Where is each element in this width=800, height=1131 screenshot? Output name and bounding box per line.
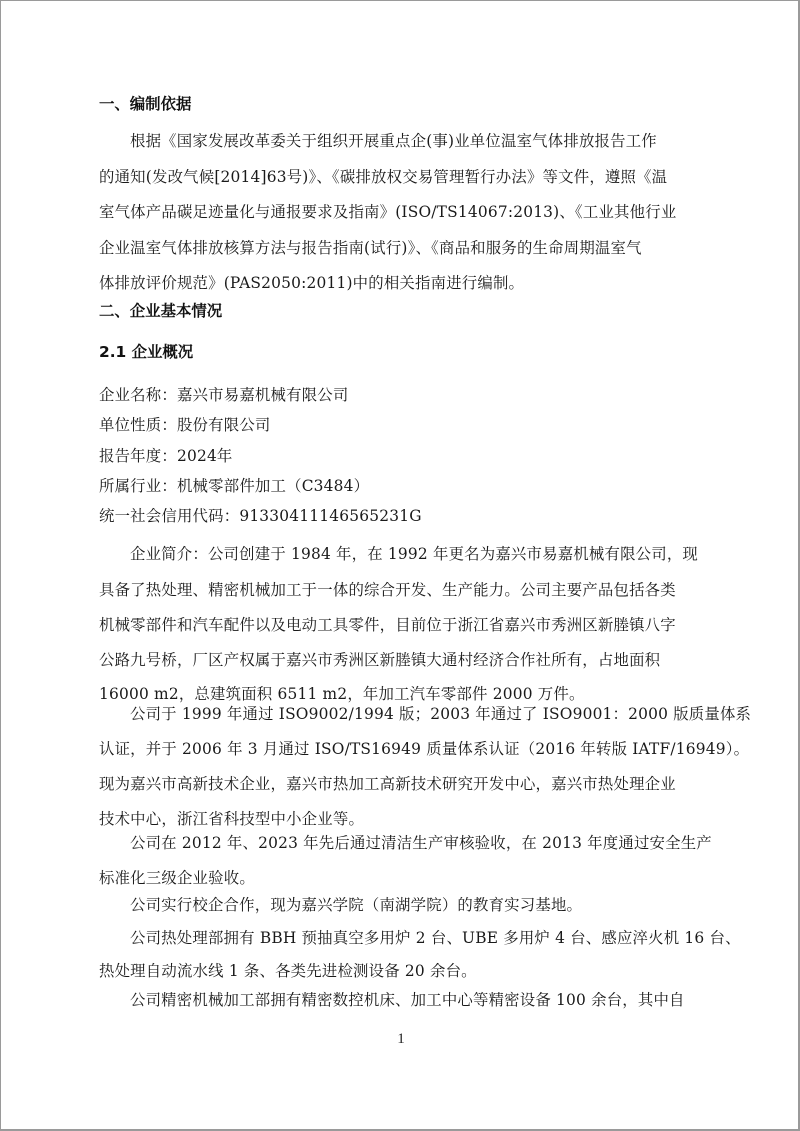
paragraph-line: 公司于 1999 年通过 ISO9002/1994 版；2003 年通过了 IS… [130, 702, 751, 724]
paragraph-line: 现为嘉兴市高新技术企业，嘉兴市热加工高新技术研究开发中心，嘉兴市热处理企业 [99, 772, 676, 794]
paragraph-line: 公司在 2012 年、2023 年先后通过清洁生产审核验收，在 2013 年度通… [130, 831, 712, 853]
paragraph-line: 公路九号桥，厂区产权属于嘉兴市秀洲区新塍镇大通村经济合作社所有，占地面积 [99, 648, 660, 670]
page-number: 1 [1, 1031, 800, 1048]
field-label: 报告年度： [99, 447, 177, 465]
field-value: 嘉兴市易嘉机械有限公司 [177, 386, 349, 404]
field-report-year: 报告年度：2024年 [99, 444, 233, 466]
paragraph-line: 技术中心，浙江省科技型中小企业等。 [99, 807, 364, 829]
paragraph-line: 室气体产品碳足迹量化与通报要求及指南》(ISO/TS14067:2013)、《工… [99, 200, 676, 222]
field-label: 企业名称： [99, 386, 177, 404]
paragraph-line: 公司热处理部拥有 BBH 预抽真空多用炉 2 台、UBE 多用炉 4 台、感应淬… [130, 926, 741, 948]
document-page: 一、编制依据 根据《国家发展改革委关于组织开展重点企(事)业单位温室气体排放报告… [0, 0, 800, 1131]
paragraph-line: 体排放评价规范》(PAS2050:2011)中的相关指南进行编制。 [99, 271, 524, 293]
paragraph-line: 企业简介：公司创建于 1984 年，在 1992 年更名为嘉兴市易嘉机械有限公司… [130, 542, 698, 564]
field-unit-nature: 单位性质：股份有限公司 [99, 413, 271, 435]
field-company-name: 企业名称：嘉兴市易嘉机械有限公司 [99, 383, 348, 405]
paragraph-line: 16000 m2，总建筑面积 6511 m2，年加工汽车零部件 2000 万件。 [99, 682, 585, 704]
paragraph-line: 公司精密机械加工部拥有精密数控机床、加工中心等精密设备 100 余台，其中自 [130, 988, 685, 1010]
field-value: 2024年 [177, 447, 233, 465]
paragraph-line: 具备了热处理、精密机械加工于一体的综合开发、生产能力。公司主要产品包括各类 [99, 578, 676, 600]
field-label: 所属行业： [99, 477, 177, 495]
paragraph-line: 根据《国家发展改革委关于组织开展重点企(事)业单位温室气体排放报告工作 [130, 129, 657, 151]
field-credit-code: 统一社会信用代码：91330411146565231G [99, 504, 422, 526]
field-industry: 所属行业：机械零部件加工（C3484） [99, 474, 369, 496]
section-heading-basis: 一、编制依据 [99, 92, 191, 114]
paragraph-line: 标准化三级企业验收。 [99, 866, 255, 888]
paragraph-line: 机械零部件和汽车配件以及电动工具零件，目前位于浙江省嘉兴市秀洲区新塍镇八字 [99, 613, 676, 635]
paragraph-line: 企业温室气体排放核算方法与报告指南(试行)》、《商品和服务的生命周期温室气 [99, 236, 642, 258]
field-value: 机械零部件加工（C3484） [177, 477, 369, 495]
subsection-heading-overview: 2.1 企业概况 [99, 340, 193, 362]
field-label: 统一社会信用代码： [99, 507, 239, 525]
paragraph-line: 的通知(发改气候[2014]63号)》、《碳排放权交易管理暂行办法》等文件，遵照… [99, 165, 667, 187]
paragraph-line: 认证，并于 2006 年 3 月通过 ISO/TS16949 质量体系认证（20… [99, 737, 749, 759]
section-heading-company-info: 二、企业基本情况 [99, 299, 222, 321]
field-value: 股份有限公司 [177, 416, 271, 434]
field-value: 91330411146565231G [239, 507, 421, 525]
paragraph-line: 热处理自动流水线 1 条、各类先进检测设备 20 余台。 [99, 959, 477, 981]
paragraph-line: 公司实行校企合作，现为嘉兴学院（南湖学院）的教育实习基地。 [130, 893, 582, 915]
field-label: 单位性质： [99, 416, 177, 434]
